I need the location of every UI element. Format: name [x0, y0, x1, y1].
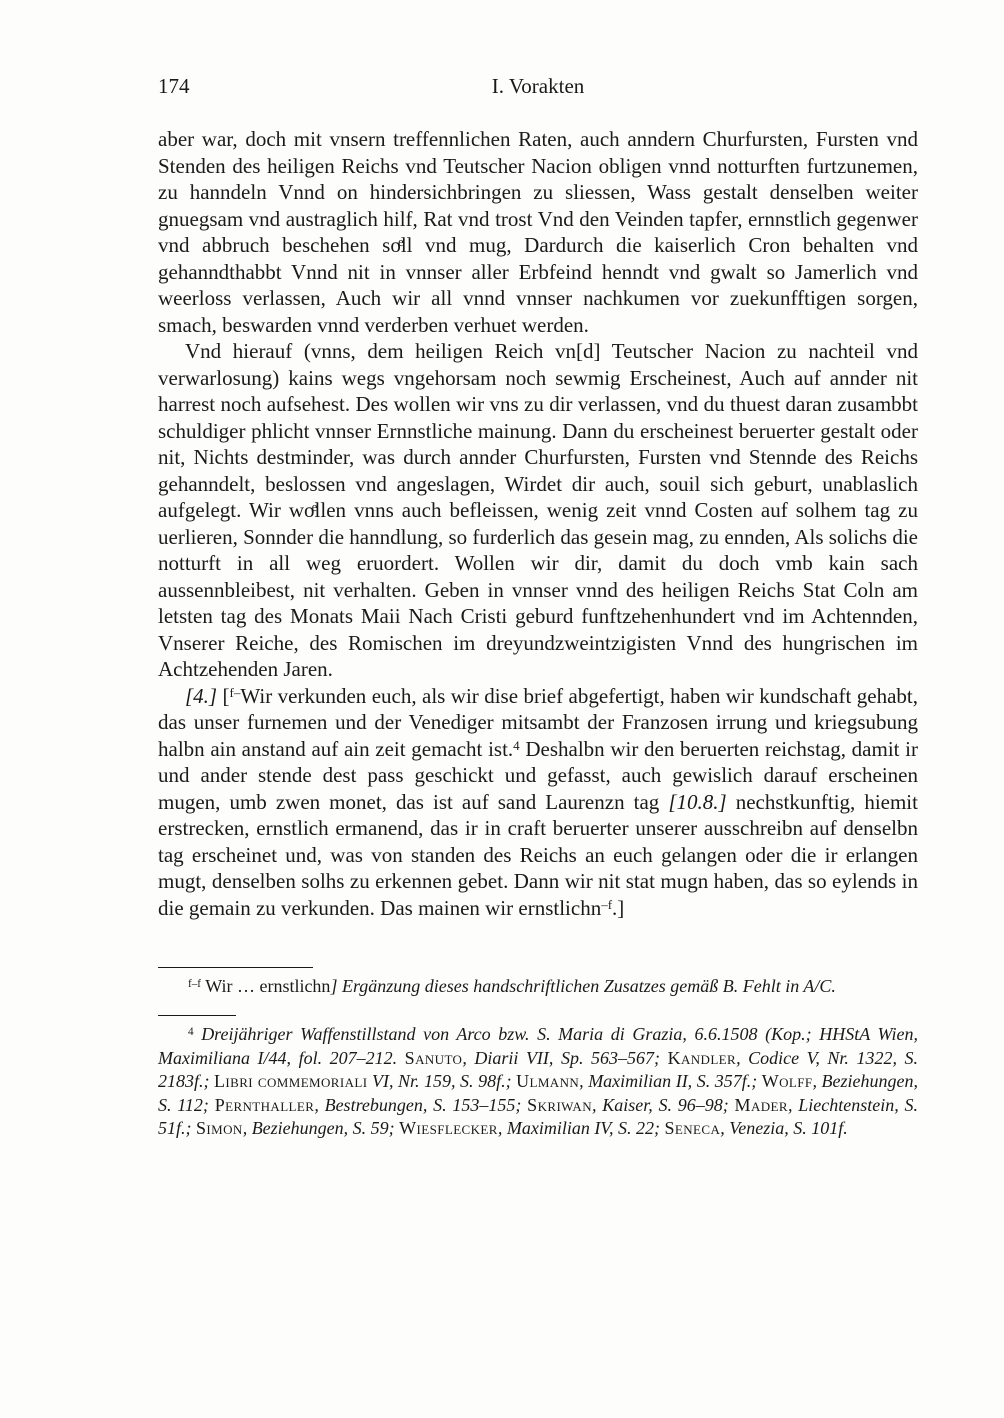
paragraph: Vnd hierauf (vnns, dem heiligen Reich vn… [158, 338, 918, 683]
footnote-4: 4 Dreijähriger Waffenstillstand von Arco… [158, 1023, 918, 1140]
apparatus-divider-rule [158, 967, 313, 968]
main-text: aber war, doch mit vnsern treffennlichen… [158, 126, 918, 921]
running-header-title: I. Vorakten [158, 74, 918, 99]
critical-apparatus: f–f Wir … ernstlichn] Ergänzung dieses h… [158, 967, 918, 998]
paragraph-continuation: aber war, doch mit vnsern treffennlichen… [158, 126, 918, 338]
running-header: 174 I. Vorakten [158, 74, 918, 102]
apparatus-note: f–f Wir … ernstlichn] Ergänzung dieses h… [158, 975, 918, 998]
book-page: 174 I. Vorakten aber war, doch mit vnser… [0, 0, 1004, 1418]
paragraph-section-4: [4.] [f–Wir verkunden euch, als wir dise… [158, 683, 918, 922]
footnotes: 4 Dreijähriger Waffenstillstand von Arco… [158, 1015, 918, 1140]
footnote-divider-rule [158, 1015, 236, 1016]
